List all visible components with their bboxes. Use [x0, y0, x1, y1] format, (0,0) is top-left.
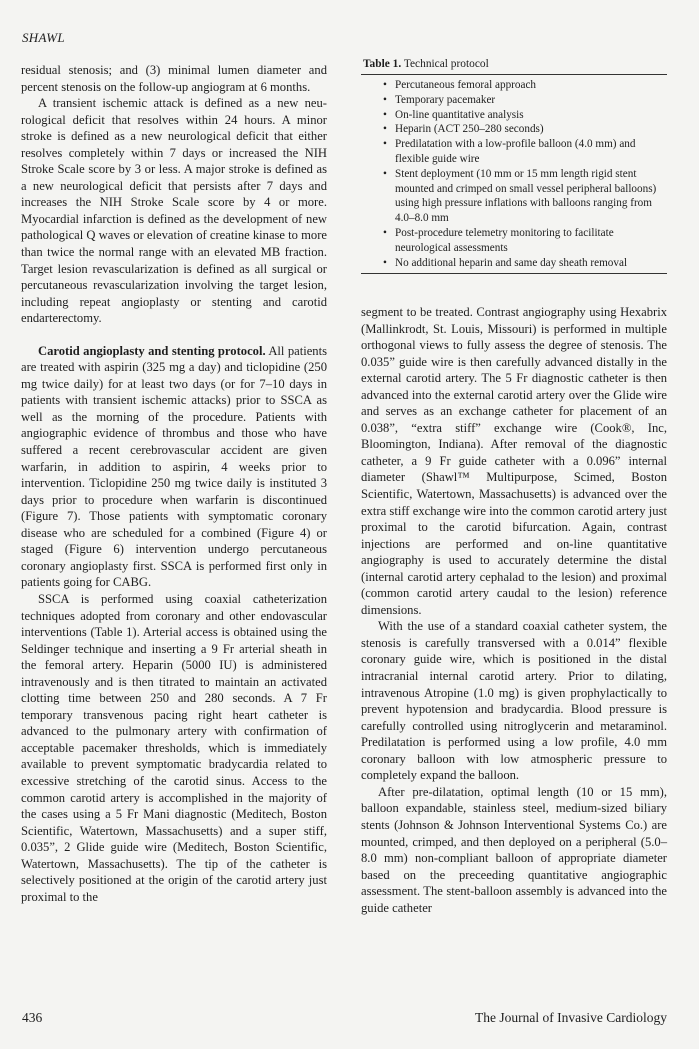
paragraph: With the use of a standard coaxial cathe… — [361, 618, 667, 783]
bullet-icon: • — [383, 78, 387, 93]
page-number: 436 — [22, 1010, 42, 1026]
running-head: SHAWL — [22, 30, 65, 46]
paragraph: After pre-dilatation, optimal length (10… — [361, 784, 667, 916]
table-list-item: •Stent deployment (10 mm or 15 mm length… — [387, 167, 661, 226]
bullet-icon: • — [383, 256, 387, 271]
table-caption: Table 1. Technical protocol — [361, 58, 667, 75]
table-list-item: •Predilatation with a low-profile balloo… — [387, 137, 661, 167]
paragraph: residual stenosis; and (3) minimal lumen… — [21, 62, 327, 95]
table-list-item: •Temporary pacemaker — [387, 93, 661, 108]
table-1: Table 1. Technical protocol •Percutaneou… — [361, 58, 667, 274]
paragraph: segment to be treated. Contrast angiogra… — [361, 304, 667, 618]
table-list-item: •Percutaneous femoral approach — [387, 78, 661, 93]
bullet-icon: • — [383, 108, 387, 123]
section-paragraph: Carotid angioplasty and stenting protoco… — [21, 343, 327, 591]
left-column: residual stenosis; and (3) minimal lumen… — [21, 62, 327, 905]
table-list-item: •Post-procedure telemetry monitoring to … — [387, 226, 661, 256]
paragraph: SSCA is performed using coaxial catheter… — [21, 591, 327, 905]
paragraph: A transient ischemic attack is defined a… — [21, 95, 327, 327]
bullet-icon: • — [383, 122, 387, 137]
table-list-item: •Heparin (ACT 250–280 seconds) — [387, 122, 661, 137]
section-heading: Carotid angioplasty and stenting protoco… — [38, 344, 266, 358]
right-column: segment to be treated. Contrast angiogra… — [361, 304, 667, 916]
table-title: Technical protocol — [401, 58, 489, 70]
bullet-icon: • — [383, 167, 387, 182]
journal-name: The Journal of Invasive Cardiology — [475, 1010, 667, 1026]
bullet-icon: • — [383, 137, 387, 152]
table-list-item: •On-line quantitative analysis — [387, 108, 661, 123]
bullet-icon: • — [383, 226, 387, 241]
bullet-icon: • — [383, 93, 387, 108]
table-label: Table 1. — [363, 58, 401, 70]
table-list-item: •No additional heparin and same day shea… — [387, 256, 661, 271]
table-list: •Percutaneous femoral approach •Temporar… — [361, 75, 667, 274]
section-text: All patients are treated with aspirin (3… — [21, 344, 327, 590]
